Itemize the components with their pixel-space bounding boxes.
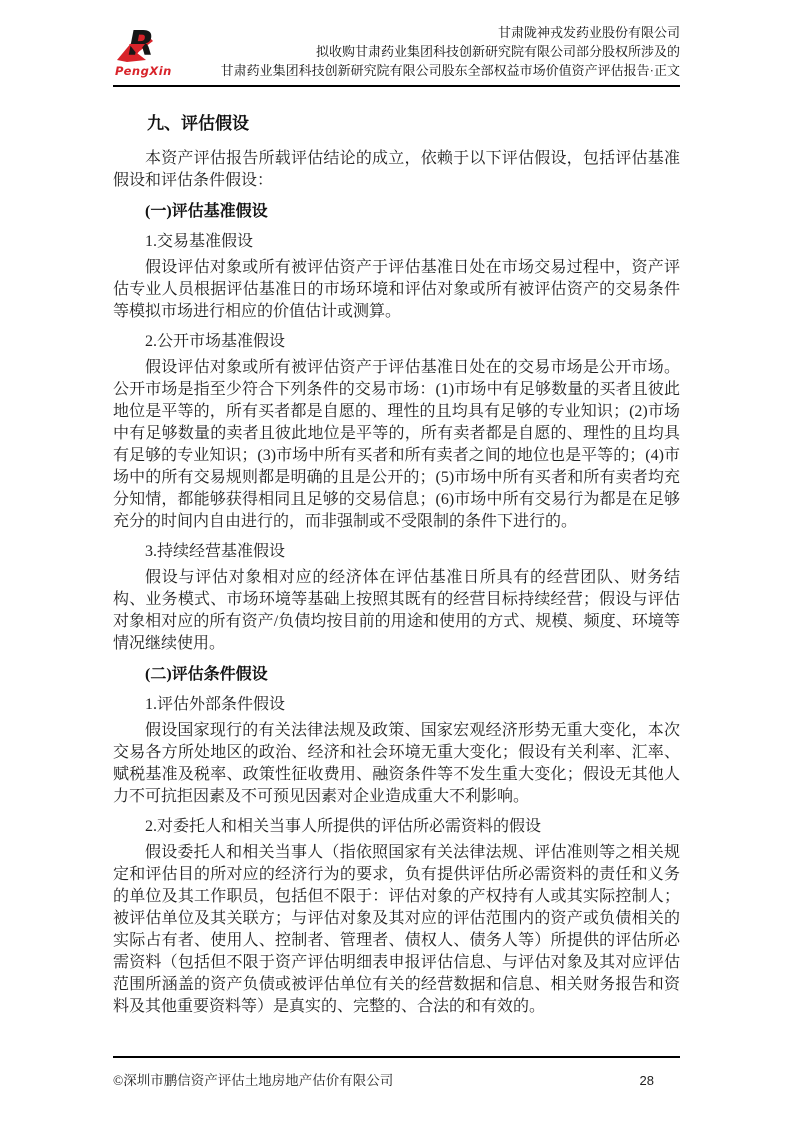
- item-heading-external-conditions: 1.评估外部条件假设: [113, 694, 680, 716]
- item-heading-open-market: 2.公开市场基准假设: [113, 331, 680, 353]
- report-page: R PengXin 甘肃陇神戎发药业股份有限公司 拟收购甘肃药业集团科技创新研究…: [0, 0, 793, 1122]
- paragraph-external-conditions: 假设国家现行的有关法律法规及政策、国家宏观经济形势无重大变化，本次交易各方所处地…: [113, 720, 680, 808]
- header-line-company: 甘肃陇神戎发药业股份有限公司: [113, 23, 680, 42]
- intro-paragraph: 本资产评估报告所载评估结论的成立，依赖于以下评估假设，包括评估基准假设和评估条件…: [113, 148, 680, 192]
- paragraph-client-materials: 假设委托人和相关当事人（指依照国家有关法律法规、评估准则等之相关规定和评估目的所…: [113, 842, 680, 1018]
- item-heading-going-concern: 3.持续经营基准假设: [113, 541, 680, 563]
- subsection-heading-benchmark-assumptions: (一)评估基准假设: [113, 201, 680, 223]
- paragraph-going-concern: 假设与评估对象相对应的经济体在评估基准日所具有的经营团队、财务结构、业务模式、市…: [113, 567, 680, 655]
- page-number: 28: [640, 1073, 680, 1088]
- footer-copyright: ©深圳市鹏信资产评估土地房地产估价有限公司: [113, 1069, 393, 1089]
- header-divider: [113, 85, 680, 87]
- document-body: 九、评估假设 本资产评估报告所载评估结论的成立，依赖于以下评估假设，包括评估基准…: [113, 112, 680, 1018]
- pengxin-logo-icon: R: [115, 24, 171, 66]
- logo-brand-text: PengXin: [115, 64, 195, 78]
- page-footer: ©深圳市鹏信资产评估土地房地产估价有限公司 28: [113, 1056, 680, 1089]
- item-heading-transaction-basis: 1.交易基准假设: [113, 231, 680, 253]
- header-line-transaction: 拟收购甘肃药业集团科技创新研究院有限公司部分股权所涉及的: [113, 42, 680, 61]
- section-title: 九、评估假设: [113, 112, 680, 136]
- subsection-heading-condition-assumptions: (二)评估条件假设: [113, 664, 680, 686]
- header-line-report-title: 甘肃药业集团科技创新研究院有限公司股东全部权益市场价值资产评估报告·正文: [113, 61, 680, 80]
- item-heading-client-materials: 2.对委托人和相关当事人所提供的评估所必需资料的假设: [113, 816, 680, 838]
- paragraph-transaction-basis: 假设评估对象或所有被评估资产于评估基准日处在市场交易过程中，资产评估专业人员根据…: [113, 257, 680, 323]
- pengxin-logo: R PengXin: [115, 24, 195, 78]
- header-title-block: 甘肃陇神戎发药业股份有限公司 拟收购甘肃药业集团科技创新研究院有限公司部分股权所…: [113, 22, 680, 80]
- page-header: R PengXin 甘肃陇神戎发药业股份有限公司 拟收购甘肃药业集团科技创新研究…: [113, 22, 680, 80]
- paragraph-open-market: 假设评估对象或所有被评估资产于评估基准日处在的交易市场是公开市场。公开市场是指至…: [113, 357, 680, 533]
